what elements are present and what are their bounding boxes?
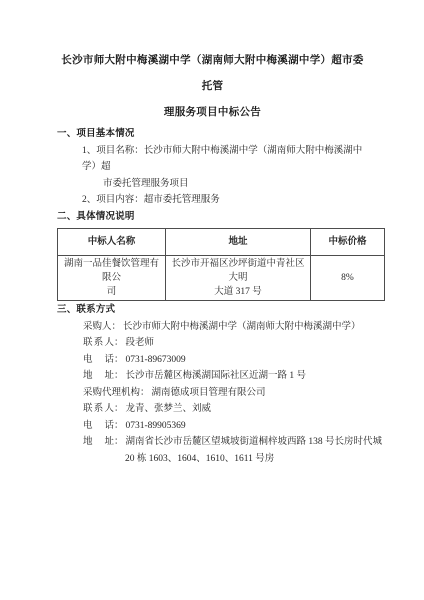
header-winner-name: 中标人名称 [58, 229, 166, 256]
cell-address: 长沙市开福区沙坪街道中青社区大明 大道 317 号 [166, 256, 311, 301]
section-heading-detail: 二、具体情况说明 [57, 209, 368, 226]
agency-phone-line: 电话：0731-89905369 [83, 418, 368, 435]
title-line-2: 理服务项目中标公告 [57, 100, 368, 126]
project-name-continuation: 市委托管理服务项目 [103, 176, 368, 193]
agency-phone-label: 电话 [83, 418, 114, 435]
contact-person-line: 联系人：段老师 [83, 335, 368, 352]
table-header-row: 中标人名称 地址 中标价格 [58, 229, 385, 256]
cell-winner-name: 湖南一品佳餐饮管理有限公 司 [58, 256, 166, 301]
cell-bid-price: 8% [311, 256, 385, 301]
colon: ： [114, 437, 124, 447]
contact-phone-line: 电话：0731-89673009 [83, 352, 368, 369]
address-value: 长沙市岳麓区梅溪湖国际社区近湖一路 1 号 [126, 371, 307, 381]
agency-contact-person-value: 龙青、张梦兰、刘威 [126, 404, 212, 414]
address-label: 地址 [83, 368, 114, 385]
agency-value: 湖南德成项目管理有限公司 [152, 388, 266, 398]
document-page: 长沙市师大附中梅溪湖中学（湖南师大附中梅溪湖中学）超市委托管 理服务项目中标公告… [0, 0, 424, 600]
agency-contact-person-label: 联系人 [83, 401, 114, 418]
agency-phone-value: 0731-89905369 [126, 421, 186, 431]
agency-address-label: 地址 [83, 434, 114, 451]
section-heading-basic-info: 一、项目基本情况 [57, 126, 368, 143]
header-bid-price: 中标价格 [311, 229, 385, 256]
contact-address-line: 地址：长沙市岳麓区梅溪湖国际社区近湖一路 1 号 [83, 368, 368, 385]
colon: ： [114, 421, 124, 431]
project-content-line: 2、项目内容：超市委托管理服务 [82, 192, 368, 209]
colon: ： [114, 338, 124, 348]
agency-address-line: 地址：湖南省长沙市岳麓区望城坡街道桐梓坡西路 138 号长房时代城 [83, 434, 368, 451]
document-title: 长沙市师大附中梅溪湖中学（湖南师大附中梅溪湖中学）超市委托管 理服务项目中标公告 [57, 48, 368, 126]
colon: ： [114, 355, 124, 365]
table-row: 湖南一品佳餐饮管理有限公 司 长沙市开福区沙坪街道中青社区大明 大道 317 号… [58, 256, 385, 301]
agency-label: 采购代理机构 [83, 388, 140, 398]
agency-contact-person-line: 联系人：龙青、张梦兰、刘威 [83, 401, 368, 418]
purchaser-value: 长沙市师大附中梅溪湖中学（湖南师大附中梅溪湖中学） [123, 322, 361, 332]
header-address: 地址 [166, 229, 311, 256]
section-heading-contact: 三、联系方式 [57, 302, 368, 319]
colon: ： [140, 388, 150, 398]
purchaser-label: 采购人 [83, 322, 112, 332]
phone-label: 电话 [83, 352, 114, 369]
project-name-line: 1、项目名称：长沙市师大附中梅溪湖中学（湖南师大附中梅溪湖中学）超 [82, 143, 368, 176]
bid-result-table: 中标人名称 地址 中标价格 湖南一品佳餐饮管理有限公 司 长沙市开福区沙坪街道中… [57, 228, 385, 301]
colon: ： [112, 322, 122, 332]
colon: ： [114, 371, 124, 381]
title-line-1: 长沙市师大附中梅溪湖中学（湖南师大附中梅溪湖中学）超市委托管 [57, 48, 368, 100]
agency-address-value: 湖南省长沙市岳麓区望城坡街道桐梓坡西路 138 号长房时代城 [126, 437, 383, 447]
phone-value: 0731-89673009 [126, 355, 186, 365]
agency-line: 采购代理机构：湖南德成项目管理有限公司 [83, 385, 368, 402]
colon: ： [114, 404, 124, 414]
contact-purchaser-line: 采购人：长沙市师大附中梅溪湖中学（湖南师大附中梅溪湖中学） [83, 319, 368, 336]
contact-person-value: 段老师 [126, 338, 155, 348]
contact-person-label: 联系人 [83, 335, 114, 352]
agency-address-continuation: 20 栋 1603、1604、1610、1611 号房 [125, 451, 368, 468]
